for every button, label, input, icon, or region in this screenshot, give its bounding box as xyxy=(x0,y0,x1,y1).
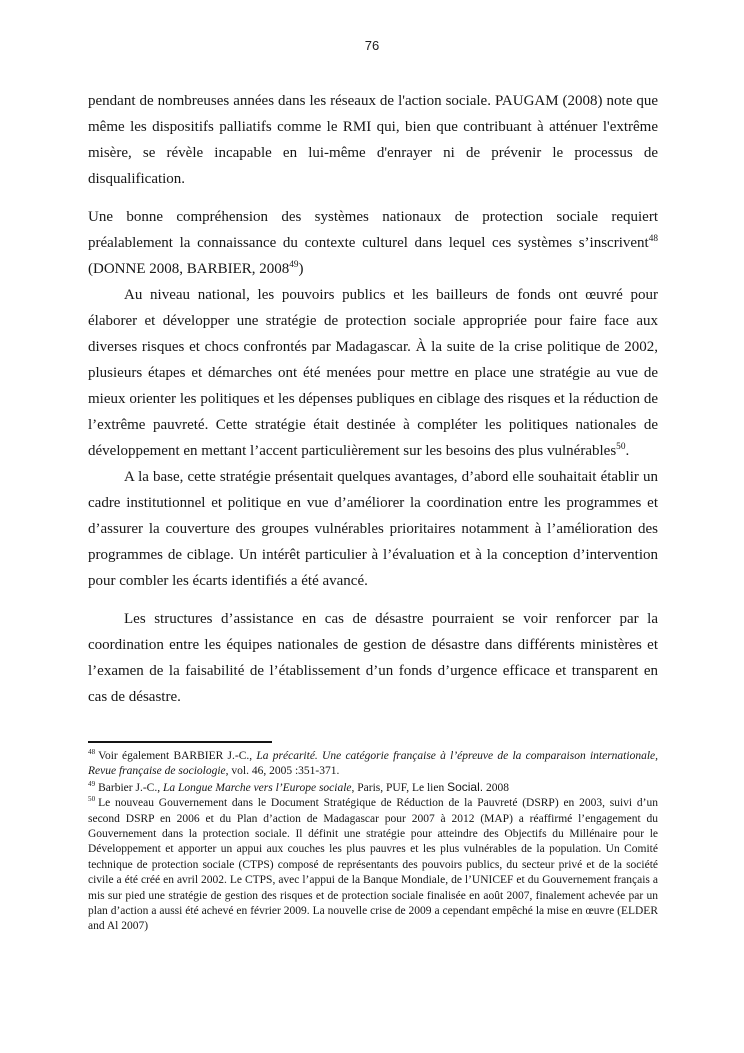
page-number: 76 xyxy=(0,38,744,53)
body-paragraph-2: Une bonne compréhension des systèmes nat… xyxy=(88,204,658,282)
document-body: pendant de nombreuses années dans les ré… xyxy=(88,88,658,710)
body-paragraph-5: Les structures d’assistance en cas de dé… xyxy=(88,606,658,710)
footnotes-section: 48Voir également BARBIER J.-C., La préca… xyxy=(88,741,658,935)
footnote-49-marker: 49 xyxy=(88,780,95,788)
document-page: 76 pendant de nombreuses années dans les… xyxy=(0,0,744,1053)
footnote-divider xyxy=(88,741,272,743)
body-paragraph-3: Au niveau national, les pouvoirs publics… xyxy=(88,282,658,464)
footnote-50: 50Le nouveau Gouvernement dans le Docume… xyxy=(88,796,658,935)
footnote-50-marker: 50 xyxy=(88,795,95,803)
footnote-49-text: Barbier J.-C., La Longue Marche vers l’E… xyxy=(98,782,509,794)
body-paragraph-1: pendant de nombreuses années dans les ré… xyxy=(88,88,658,192)
body-paragraph-4: A la base, cette stratégie présentait qu… xyxy=(88,464,658,594)
footnote-48-marker: 48 xyxy=(88,748,95,756)
footnote-49: 49Barbier J.-C., La Longue Marche vers l… xyxy=(88,780,658,796)
footnote-50-text: Le nouveau Gouvernement dans le Document… xyxy=(88,797,658,932)
footnote-48: 48Voir également BARBIER J.-C., La préca… xyxy=(88,749,658,780)
footnote-48-text: Voir également BARBIER J.-C., La précari… xyxy=(88,750,658,777)
